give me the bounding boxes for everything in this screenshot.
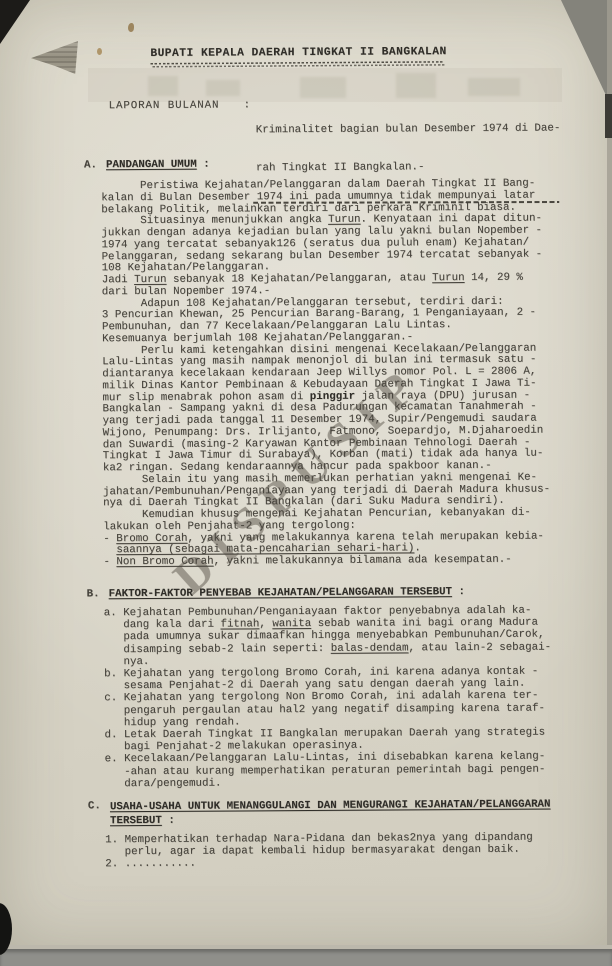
text-line: FAKTOR-FAKTOR PENYEBAB KEJAHATAN/PELANGG… <box>109 585 574 600</box>
section-usaha-usaha: C. USAHA-USAHA UNTUK MENANGGULANGI DAN M… <box>105 797 575 870</box>
report-colon: : <box>244 99 251 111</box>
scan-edge-bottom <box>0 949 612 966</box>
section-letter: B. <box>87 588 100 600</box>
section-letter: C. <box>88 800 101 812</box>
section-body: a. Kejahatan Pembunuhan/Penganiayaan fak… <box>104 604 575 790</box>
text-line: TERSEBUT : <box>110 811 575 828</box>
text-line: dara/pengemudi. <box>105 775 575 790</box>
text-line: 2. ........... <box>105 855 575 870</box>
section-pandangan-umum: A. PANDANGAN UMUM : Peristiwa Kejahatan/… <box>101 156 573 569</box>
section-faktor-penyebab: B. FAKTOR-FAKTOR PENYEBAB KEJAHATAN/PELA… <box>104 585 575 790</box>
text-line: - Non Bromo Corah, yakni melakukannya bi… <box>103 554 573 569</box>
title-underline-rule <box>150 61 444 68</box>
section-letter: A. <box>84 159 97 171</box>
scanned-document-page: DISPUSIP BUPATI KEPALA DAERAH TINGKAT II… <box>0 0 612 966</box>
document-title: BUPATI KEPALA DAERAH TINGKAT II BANGKALA… <box>150 46 450 60</box>
section-heading: PANDANGAN UMUM : <box>101 156 571 171</box>
section-heading: FAKTOR-FAKTOR PENYEBAB KEJAHATAN/PELANGG… <box>104 585 574 600</box>
scan-edge-right <box>607 0 612 966</box>
document-header: BUPATI KEPALA DAERAH TINGKAT II BANGKALA… <box>150 46 450 68</box>
text-line: USAHA-USAHA UNTUK MENANGGULANGI DAN MENG… <box>110 797 575 814</box>
report-subject-line: Kriminalitet bagian bulan Desember 1974 … <box>256 122 579 136</box>
text-line: PANDANGAN UMUM : <box>106 156 571 171</box>
scan-edge-dark-patch <box>605 94 612 138</box>
section-body: Peristiwa Kejahatan/Pelanggaran dalam Da… <box>101 178 573 569</box>
report-label: LAPORAN BULANAN <box>109 100 220 113</box>
section-heading: USAHA-USAHA UNTUK MENANGGULANGI DAN MENG… <box>105 797 575 828</box>
section-body: 1. Memperhatikan terhadap Nara-Pidana da… <box>105 831 575 870</box>
